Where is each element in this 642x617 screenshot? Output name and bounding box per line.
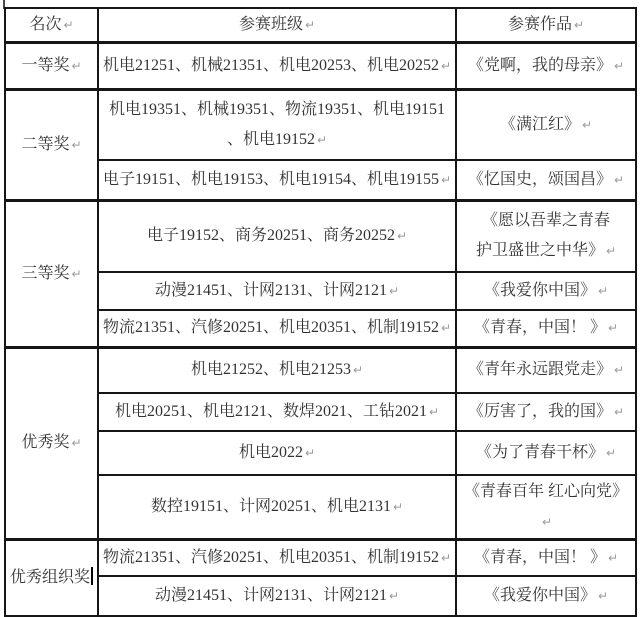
classes-text: 物流21351、汽修20251、机电20351、机制19152 bbox=[103, 549, 439, 566]
work-cell[interactable]: 《厉害了，我的国》↵ bbox=[456, 393, 636, 431]
work-cell[interactable]: 《愿以吾辈之青春 护卫盛世之中华》↵ bbox=[456, 201, 636, 272]
classes-cell[interactable]: 机电20251、机电2121、数焊2021、工钻2021↵ bbox=[98, 393, 456, 431]
classes-text: 电子19151、机电19153、机电19154、机电19155 bbox=[103, 171, 439, 188]
work-cell[interactable]: 《青春，中国！ 》↵ bbox=[456, 310, 636, 348]
paragraph-mark-icon: ↵ bbox=[429, 405, 439, 419]
rank-label: 一等奖 bbox=[21, 57, 69, 74]
paragraph-mark-icon: ↵ bbox=[317, 133, 327, 147]
table-row: 动漫21451、计网2131、计网2121↵ 《我爱你中国》↵ bbox=[5, 272, 636, 310]
paragraph-mark-icon: ↵ bbox=[606, 446, 616, 460]
paragraph-mark-icon: ↵ bbox=[71, 59, 81, 73]
header-row: 名次↵ 参赛班级↵ 参赛作品↵ bbox=[5, 8, 636, 43]
paragraph-mark-icon: ↵ bbox=[582, 118, 592, 132]
paragraph-mark-icon: ↵ bbox=[71, 436, 81, 450]
paragraph-mark-icon: ↵ bbox=[608, 321, 618, 335]
work-text: 《青春，中国！ 》 bbox=[474, 319, 606, 336]
table-row: 动漫21451、计网2131、计网2121↵ 《我爱你中国》↵ bbox=[5, 576, 636, 616]
paragraph-mark-icon: ↵ bbox=[542, 515, 552, 529]
paragraph-mark-icon: ↵ bbox=[441, 551, 451, 565]
classes-cell[interactable]: 电子19152、商务20251、商务20252↵ bbox=[98, 201, 456, 272]
classes-text: 数控19151、计网20251、机电2131 bbox=[151, 498, 391, 515]
column-header-work[interactable]: 参赛作品↵ bbox=[456, 8, 636, 43]
classes-cell[interactable]: 机电19351、机械19351、物流19351、机电19151 、机电19152… bbox=[98, 90, 456, 160]
work-text: 《青春百年 红心向党》 bbox=[464, 483, 628, 500]
classes-text: 动漫21451、计网2131、计网2121 bbox=[155, 587, 387, 604]
paragraph-mark-icon: ↵ bbox=[389, 284, 399, 298]
column-header-classes[interactable]: 参赛班级↵ bbox=[98, 8, 456, 43]
paragraph-mark-icon: ↵ bbox=[614, 173, 624, 187]
paragraph-mark-icon: ↵ bbox=[614, 405, 624, 419]
rank-label: 三等奖 bbox=[21, 265, 69, 282]
table-row: 机电2022↵ 《为了青春干杯》↵ bbox=[5, 431, 636, 475]
work-text: 《忆国史，颂国昌》 bbox=[468, 171, 612, 188]
paragraph-mark-icon: ↵ bbox=[397, 229, 407, 243]
column-header-rank[interactable]: 名次↵ bbox=[5, 8, 98, 43]
table-row: 三等奖↵ 电子19152、商务20251、商务20252↵ 《愿以吾辈之青春 护… bbox=[5, 201, 636, 272]
classes-cell[interactable]: 动漫21451、计网2131、计网2121↵ bbox=[98, 272, 456, 310]
paragraph-mark-icon: ↵ bbox=[63, 18, 73, 32]
rank-cell[interactable]: 优秀奖↵ bbox=[5, 348, 98, 540]
paragraph-mark-icon: ↵ bbox=[606, 244, 616, 258]
paragraph-mark-icon: ↵ bbox=[598, 589, 608, 603]
rank-cell[interactable]: 一等奖↵ bbox=[5, 43, 98, 90]
table-row: 物流21351、汽修20251、机电20351、机制19152↵ 《青春，中国！… bbox=[5, 310, 636, 348]
header-work-label: 参赛作品 bbox=[508, 16, 572, 33]
work-text: 《满江红》 bbox=[500, 116, 580, 133]
classes-text: 机电2022 bbox=[239, 444, 303, 461]
rank-cell[interactable]: 三等奖↵ bbox=[5, 201, 98, 348]
paragraph-mark-icon: ↵ bbox=[393, 500, 403, 514]
paragraph-mark-icon: ↵ bbox=[614, 363, 624, 377]
work-cell[interactable]: 《忆国史，颂国昌》↵ bbox=[456, 160, 636, 201]
header-classes-label: 参赛班级 bbox=[239, 16, 303, 33]
work-text: 《党啊，我的母亲》 bbox=[468, 57, 612, 74]
classes-text: 机电21251、机械21351、机电20253、机电20252 bbox=[103, 57, 439, 74]
paragraph-mark-icon: ↵ bbox=[305, 18, 315, 32]
paragraph-mark-icon: ↵ bbox=[441, 173, 451, 187]
rank-label: 优秀组织奖 bbox=[10, 569, 90, 586]
rank-label: 优秀奖 bbox=[21, 434, 69, 451]
paragraph-mark-icon: ↵ bbox=[441, 321, 451, 335]
work-cell[interactable]: 《满江红》↵ bbox=[456, 90, 636, 160]
text-cursor bbox=[91, 567, 93, 585]
paragraph-mark-icon: ↵ bbox=[608, 551, 618, 565]
work-text: 《青春，中国！ 》 bbox=[474, 549, 606, 566]
classes-text: 物流21351、汽修20251、机电20351、机制19152 bbox=[103, 319, 439, 336]
paragraph-mark-icon: ↵ bbox=[598, 284, 608, 298]
work-cell[interactable]: 《党啊，我的母亲》↵ bbox=[456, 43, 636, 90]
work-cell[interactable]: 《青春百年 红心向党》↵ bbox=[456, 475, 636, 540]
work-cell[interactable]: 《我爱你中国》↵ bbox=[456, 576, 636, 616]
table-row: 优秀奖↵ 机电21252、机电21253↵ 《青年永远跟党走》↵ bbox=[5, 348, 636, 393]
awards-table: 名次↵ 参赛班级↵ 参赛作品↵ 一等奖↵ 机电21251、机械21351、机电2… bbox=[4, 7, 637, 617]
classes-cell[interactable]: 数控19151、计网20251、机电2131↵ bbox=[98, 475, 456, 540]
classes-cell[interactable]: 物流21351、汽修20251、机电20351、机制19152↵ bbox=[98, 539, 456, 576]
work-text: 《为了青春干杯》 bbox=[476, 444, 604, 461]
rank-cell[interactable]: 优秀组织奖 bbox=[5, 539, 98, 616]
work-text: 《青年永远跟党走》 bbox=[468, 361, 612, 378]
paragraph-mark-icon: ↵ bbox=[353, 363, 363, 377]
work-cell[interactable]: 《我爱你中国》↵ bbox=[456, 272, 636, 310]
rank-cell[interactable]: 二等奖↵ bbox=[5, 90, 98, 201]
classes-cell[interactable]: 动漫21451、计网2131、计网2121↵ bbox=[98, 576, 456, 616]
work-cell[interactable]: 《为了青春干杯》↵ bbox=[456, 431, 636, 475]
classes-cell[interactable]: 物流21351、汽修20251、机电20351、机制19152↵ bbox=[98, 310, 456, 348]
work-text: 《我爱你中国》 bbox=[484, 587, 596, 604]
table-row: 数控19151、计网20251、机电2131↵ 《青春百年 红心向党》↵ bbox=[5, 475, 636, 540]
classes-cell[interactable]: 电子19151、机电19153、机电19154、机电19155↵ bbox=[98, 160, 456, 201]
paragraph-mark-icon: ↵ bbox=[71, 267, 81, 281]
paragraph-mark-icon: ↵ bbox=[389, 589, 399, 603]
work-cell[interactable]: 《青春，中国！ 》↵ bbox=[456, 539, 636, 576]
work-cell[interactable]: 《青年永远跟党走》↵ bbox=[456, 348, 636, 393]
work-text: 《我爱你中国》 bbox=[484, 282, 596, 299]
classes-text: 机电21252、机电21253 bbox=[191, 361, 351, 378]
header-rank-label: 名次 bbox=[29, 16, 61, 33]
paragraph-mark-icon: ↵ bbox=[574, 18, 584, 32]
classes-text: 动漫21451、计网2131、计网2121 bbox=[155, 282, 387, 299]
work-text: 《愿以吾辈之青春 护卫盛世之中华》 bbox=[476, 212, 610, 259]
classes-text: 机电20251、机电2121、数焊2021、工钻2021 bbox=[115, 403, 427, 420]
paragraph-mark-icon: ↵ bbox=[614, 59, 624, 73]
classes-cell[interactable]: 机电21251、机械21351、机电20253、机电20252↵ bbox=[98, 43, 456, 90]
table-row: 电子19151、机电19153、机电19154、机电19155↵ 《忆国史，颂国… bbox=[5, 160, 636, 201]
classes-text: 电子19152、商务20251、商务20252 bbox=[147, 227, 395, 244]
table-row: 优秀组织奖 物流21351、汽修20251、机电20351、机制19152↵ 《… bbox=[5, 539, 636, 576]
table-row: 二等奖↵ 机电19351、机械19351、物流19351、机电19151 、机电… bbox=[5, 90, 636, 160]
table-row: 一等奖↵ 机电21251、机械21351、机电20253、机电20252↵ 《党… bbox=[5, 43, 636, 90]
classes-cell[interactable]: 机电2022↵ bbox=[98, 431, 456, 475]
classes-cell[interactable]: 机电21252、机电21253↵ bbox=[98, 348, 456, 393]
paragraph-mark-icon: ↵ bbox=[305, 446, 315, 460]
table-row: 机电20251、机电2121、数焊2021、工钻2021↵ 《厉害了，我的国》↵ bbox=[5, 393, 636, 431]
paragraph-mark-icon: ↵ bbox=[71, 138, 81, 152]
rank-label: 二等奖 bbox=[21, 136, 69, 153]
classes-text: 机电19351、机械19351、物流19351、机电19151 、机电19152 bbox=[109, 101, 445, 148]
paragraph-mark-icon: ↵ bbox=[441, 59, 451, 73]
work-text: 《厉害了，我的国》 bbox=[468, 403, 612, 420]
